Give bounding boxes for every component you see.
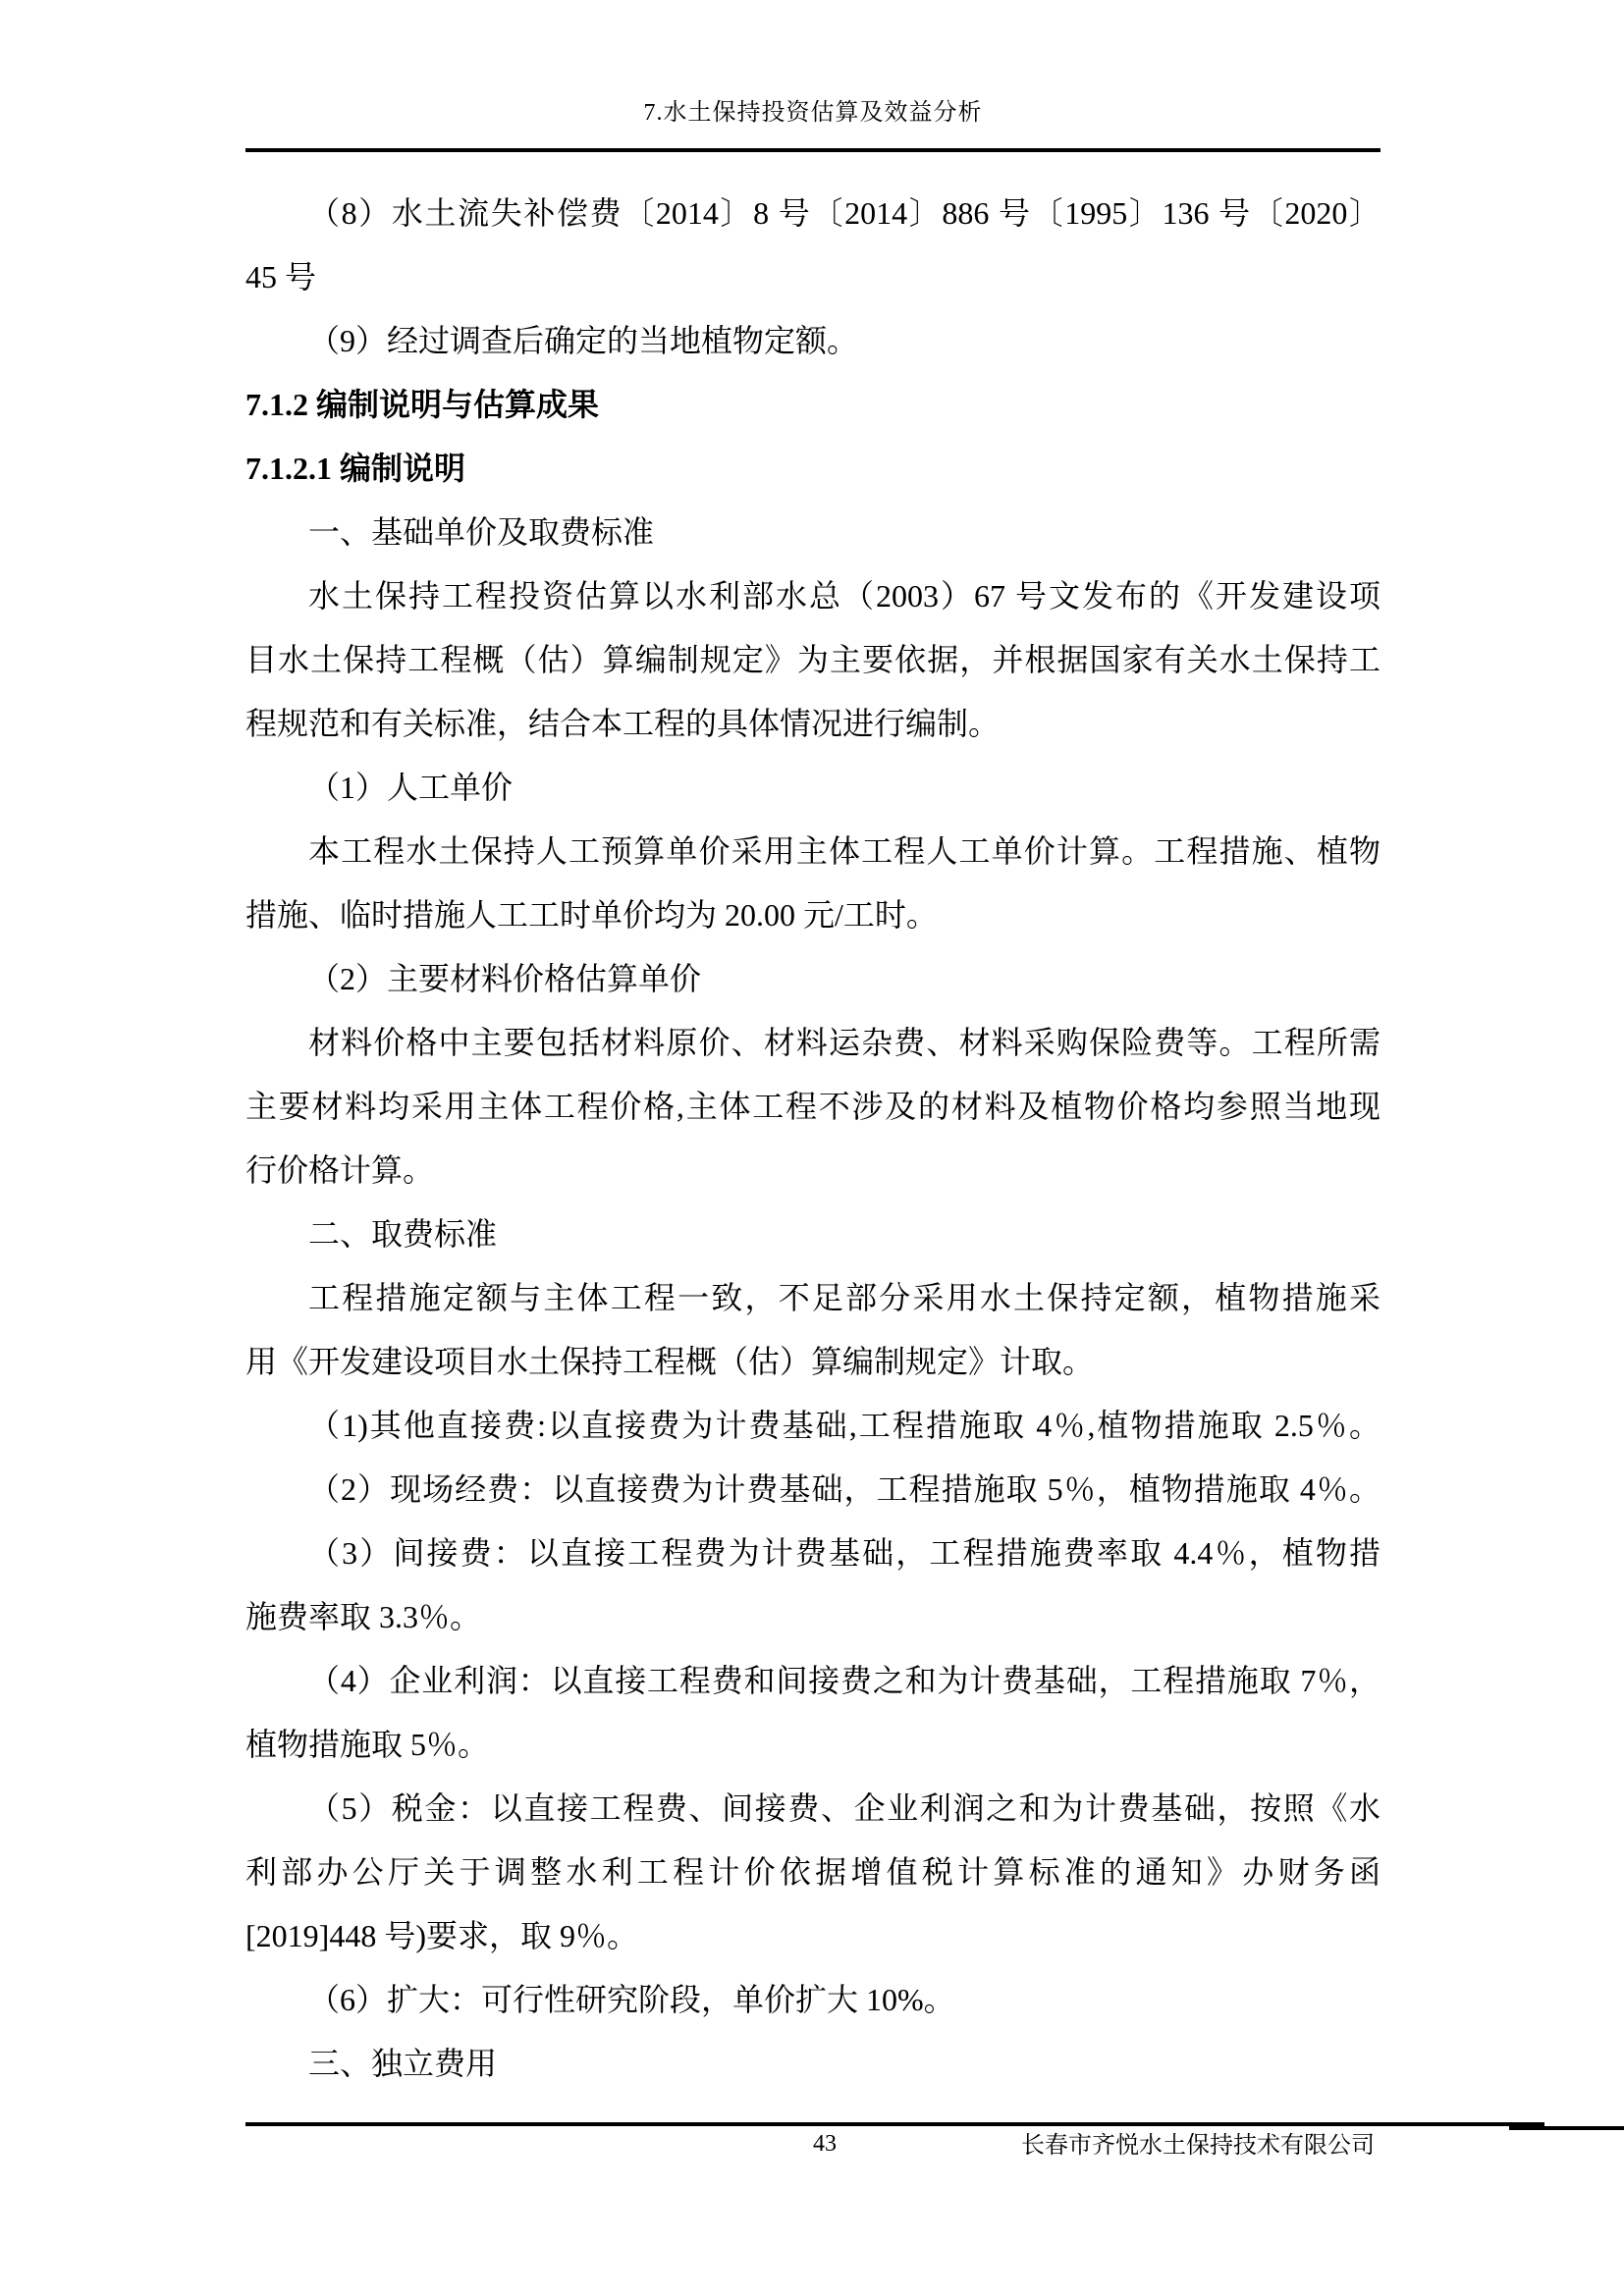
body-line: 施费率取 3.3％。 (245, 1585, 1380, 1649)
body-line: 程规范和有关标准，结合本工程的具体情况进行编制。 (245, 692, 1380, 756)
document-body: （8）水土流失补偿费〔2014〕8 号〔2014〕886 号〔1995〕136 … (245, 182, 1380, 2096)
body-line: 植物措施取 5％。 (245, 1713, 1380, 1777)
body-line: 利部办公厅关于调整水利工程计价依据增值税计算标准的通知》办财务函 (245, 1841, 1380, 1904)
body-line: （3）间接费：以直接工程费为计费基础，工程措施费率取 4.4％，植物措 (245, 1522, 1380, 1585)
body-line: （1）人工单价 (245, 756, 1380, 820)
body-line: 二、取费标准 (245, 1202, 1380, 1266)
body-line: （2）主要材料价格估算单价 (245, 947, 1380, 1011)
body-line: 工程措施定额与主体工程一致，不足部分采用水土保持定额，植物措施采 (245, 1266, 1380, 1330)
body-line: （4）企业利润：以直接工程费和间接费之和为计费基础，工程措施取 7％， (245, 1649, 1380, 1713)
body-line: [2019]448 号)要求，取 9％。 (245, 1904, 1380, 1968)
body-line: 主要材料均采用主体工程价格,主体工程不涉及的材料及植物价格均参照当地现 (245, 1075, 1380, 1139)
body-line: 措施、临时措施人工工时单价均为 20.00 元/工时。 (245, 883, 1380, 947)
body-line: 水土保持工程投资估算以水利部水总（2003）67 号文发布的《开发建设项 (245, 564, 1380, 628)
body-line: 7.1.2 编制说明与估算成果 (245, 373, 1380, 437)
body-line: 一、基础单价及取费标准 (245, 501, 1380, 564)
body-line: 行价格计算。 (245, 1139, 1380, 1202)
page-header-title: 7.水土保持投资估算及效益分析 (245, 98, 1380, 128)
footer-rule (245, 2122, 1544, 2126)
body-line: （1)其他直接费:以直接费为计费基础,工程措施取 4％,植物措施取 2.5％。 (245, 1394, 1380, 1458)
body-line: 本工程水土保持人工预算单价采用主体工程人工单价计算。工程措施、植物 (245, 820, 1380, 883)
body-line: 7.1.2.1 编制说明 (245, 437, 1380, 501)
body-line: 材料价格中主要包括材料原价、材料运杂费、材料采购保险费等。工程所需 (245, 1011, 1380, 1075)
footer-rule-segment (1509, 2126, 1624, 2130)
body-line: （6）扩大：可行性研究阶段，单价扩大 10%。 (245, 1968, 1380, 2032)
footer-company-name: 长春市齐悦水土保持技术有限公司 (245, 2132, 1375, 2160)
document-page: 7.水土保持投资估算及效益分析 （8）水土流失补偿费〔2014〕8 号〔2014… (0, 0, 1624, 2296)
body-line: （8）水土流失补偿费〔2014〕8 号〔2014〕886 号〔1995〕136 … (245, 182, 1380, 245)
body-line: （5）税金：以直接工程费、间接费、企业利润之和为计费基础，按照《水 (245, 1777, 1380, 1841)
body-line: 45 号 (245, 245, 1380, 309)
body-line: （9）经过调查后确定的当地植物定额。 (245, 309, 1380, 373)
body-line: 用《开发建设项目水土保持工程概（估）算编制规定》计取。 (245, 1330, 1380, 1394)
header-rule (245, 148, 1380, 152)
body-line: 目水土保持工程概（估）算编制规定》为主要依据，并根据国家有关水土保持工 (245, 628, 1380, 692)
body-line: 三、独立费用 (245, 2032, 1380, 2096)
body-line: （2）现场经费：以直接费为计费基础，工程措施取 5％，植物措施取 4％。 (245, 1458, 1380, 1522)
